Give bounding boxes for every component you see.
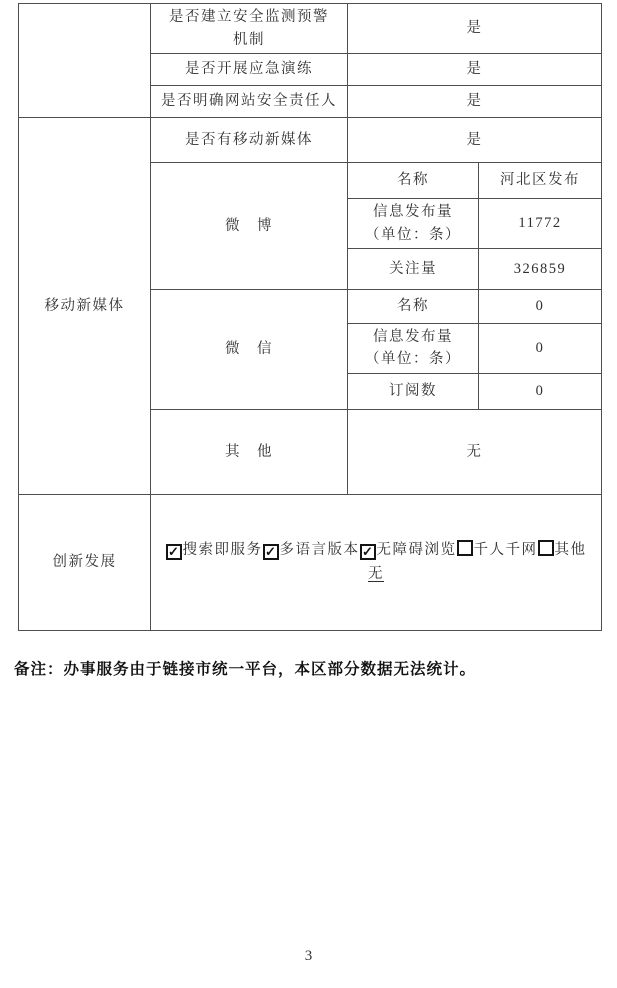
mobile-media-section-label: 移动新媒体: [19, 118, 151, 495]
innovation-option-label: 搜索即服务: [183, 542, 263, 558]
innovation-options: ✓搜索即服务✓多语言版本✓无障碍浏览千人千网其他: [155, 539, 597, 561]
metric-label: 订阅数: [348, 373, 479, 409]
metric-label: 名称: [348, 163, 479, 199]
innovation-option-label: 多语言版本: [280, 542, 360, 558]
note-text: 备注：办事服务由于链接市统一平台，本区部分数据无法统计。: [14, 657, 604, 679]
innovation-section-label: 创新发展: [19, 494, 151, 630]
metric-label: 信息发布量 （单位：条）: [348, 199, 479, 249]
security-row-value: 是: [348, 54, 602, 86]
checkbox-checked-icon[interactable]: ✓: [263, 544, 279, 560]
section-cell-empty: [19, 4, 151, 118]
wechat-label: 微 信: [151, 290, 348, 410]
security-row-value: 是: [348, 4, 602, 54]
security-row-value: 是: [348, 86, 602, 118]
innovation-cell: ✓搜索即服务✓多语言版本✓无障碍浏览千人千网其他 无: [151, 494, 602, 630]
innovation-other-value: 无: [368, 566, 384, 582]
metric-value: 11772: [479, 199, 602, 249]
page-number: 3: [0, 948, 617, 965]
metric-value: 河北区发布: [479, 163, 602, 199]
innovation-option-label: 无障碍浏览: [377, 542, 457, 558]
metric-value: 0: [479, 324, 602, 374]
checkbox-checked-icon[interactable]: ✓: [166, 544, 182, 560]
innovation-option-label: 千人千网: [474, 542, 538, 558]
innovation-option-label: 其他: [555, 542, 587, 558]
table-row: 创新发展 ✓搜索即服务✓多语言版本✓无障碍浏览千人千网其他 无: [19, 494, 602, 630]
table-row: 移动新媒体 是否有移动新媒体 是: [19, 118, 602, 163]
innovation-other-line: 无: [155, 563, 597, 585]
metric-label: 信息发布量 （单位：条）: [348, 324, 479, 374]
metric-value: 0: [479, 373, 602, 409]
has-mobile-media-value: 是: [348, 118, 602, 163]
security-row-label: 是否建立安全监测预警 机制: [151, 4, 348, 54]
weibo-label: 微 博: [151, 163, 348, 290]
metric-label: 关注量: [348, 249, 479, 290]
metric-value: 326859: [479, 249, 602, 290]
other-media-label: 其 他: [151, 409, 348, 494]
metric-label: 名称: [348, 290, 479, 324]
checkbox-unchecked-icon[interactable]: [457, 540, 473, 556]
other-media-value: 无: [348, 409, 602, 494]
table-row: 是否建立安全监测预警 机制 是: [19, 4, 602, 54]
checkbox-unchecked-icon[interactable]: [538, 540, 554, 556]
metric-value: 0: [479, 290, 602, 324]
security-row-label: 是否开展应急演练: [151, 54, 348, 86]
annual-report-table: 是否建立安全监测预警 机制 是 是否开展应急演练 是 是否明确网站安全责任人 是…: [18, 3, 602, 631]
security-row-label: 是否明确网站安全责任人: [151, 86, 348, 118]
has-mobile-media-label: 是否有移动新媒体: [151, 118, 348, 163]
checkbox-checked-icon[interactable]: ✓: [360, 544, 376, 560]
